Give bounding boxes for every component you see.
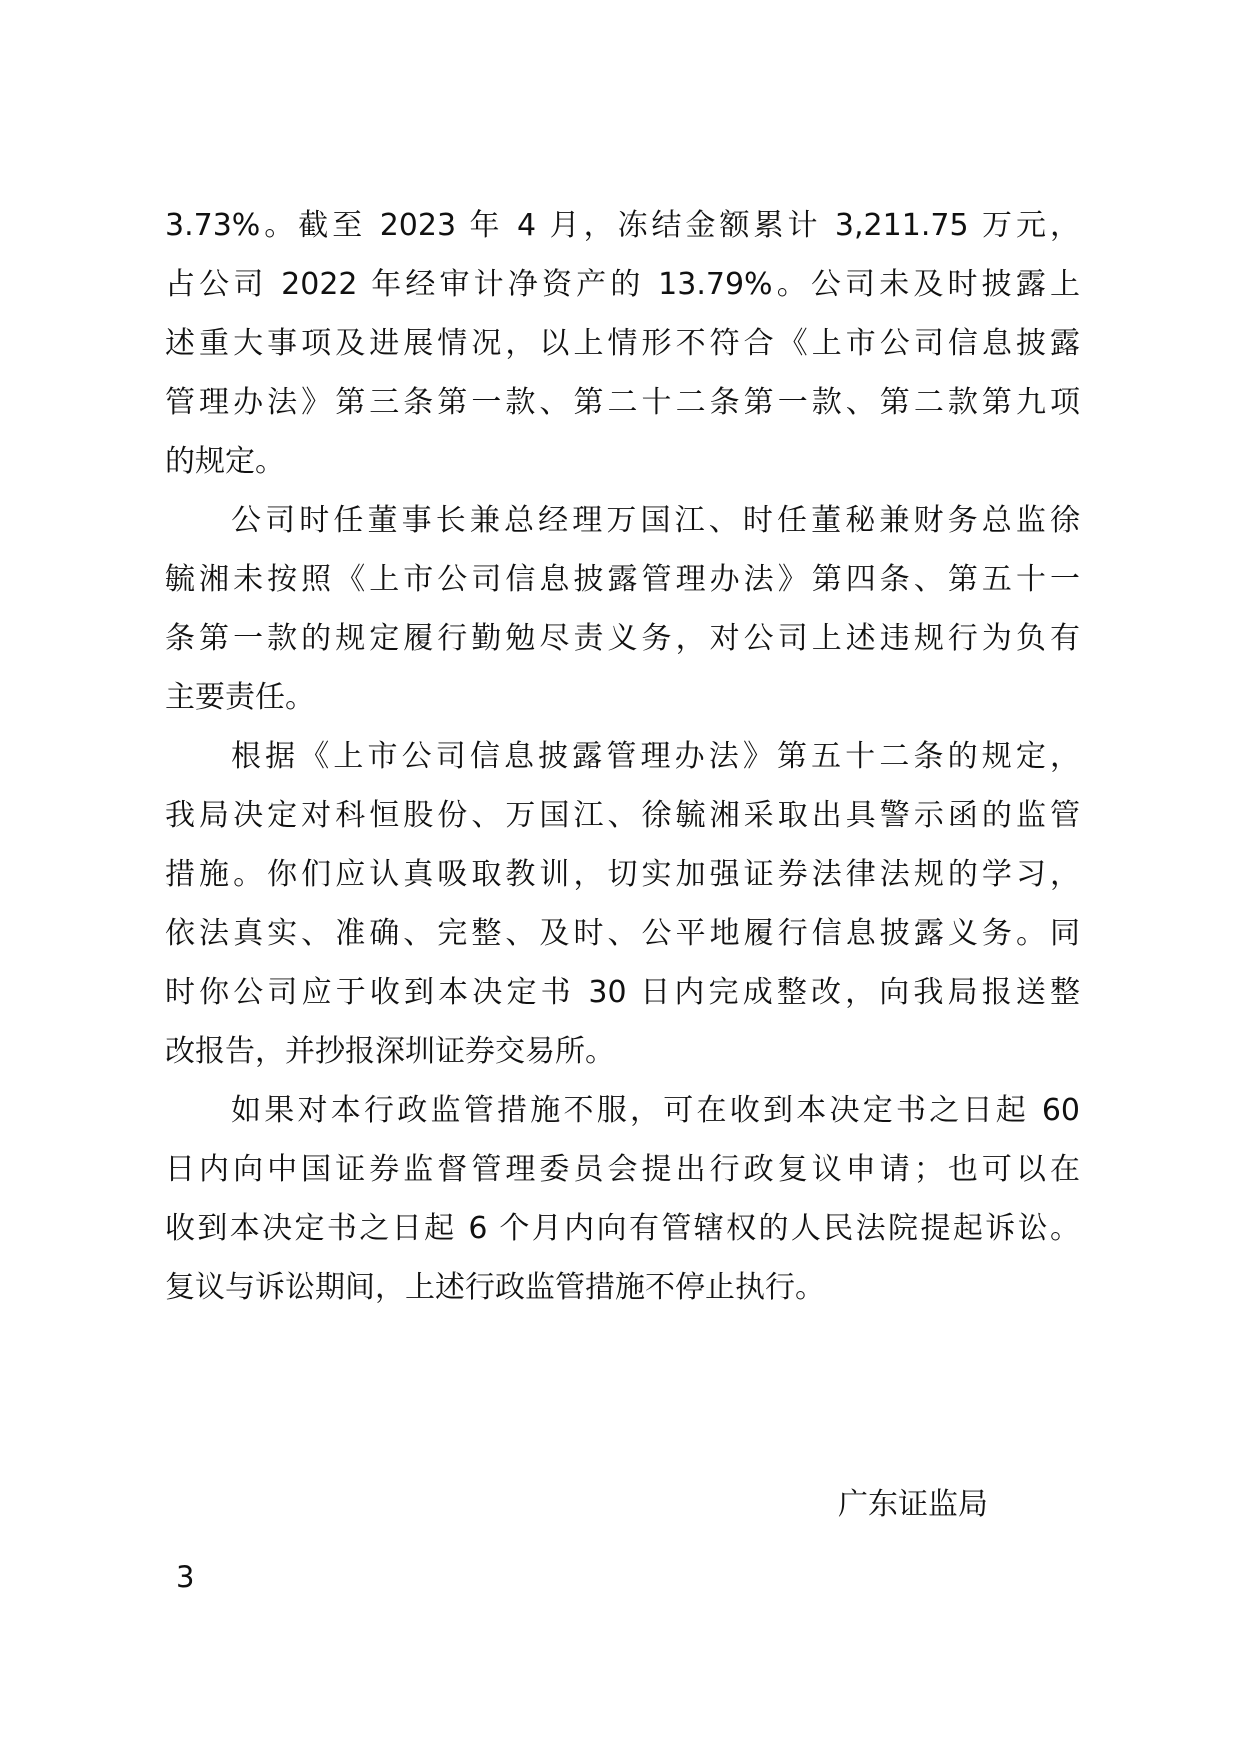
page-number: 3	[176, 1556, 194, 1598]
paragraph-1-line-3: 述重大事项及进展情况，以上情形不符合《上市公司信息披露	[165, 314, 1080, 373]
issuer-signature: 广东证监局	[838, 1484, 988, 1526]
document-page: 3.73%。截至 2023 年 4 月，冻结金额累计 3,211.75 万元， …	[0, 0, 1241, 1754]
paragraph-3-line-4: 依法真实、准确、完整、及时、公平地履行信息披露义务。同	[165, 904, 1080, 963]
paragraph-3-line-1: 根据《上市公司信息披露管理办法》第五十二条的规定，	[165, 727, 1080, 786]
document-body: 3.73%。截至 2023 年 4 月，冻结金额累计 3,211.75 万元， …	[165, 196, 1080, 1317]
paragraph-4-line-2: 日内向中国证券监督管理委员会提出行政复议申请；也可以在	[165, 1140, 1080, 1199]
paragraph-2-line-1: 公司时任董事长兼总经理万国江、时任董秘兼财务总监徐	[165, 491, 1080, 550]
paragraph-1-line-4: 管理办法》第三条第一款、第二十二条第一款、第二款第九项	[165, 373, 1080, 432]
paragraph-3-line-6: 改报告，并抄报深圳证券交易所。	[165, 1022, 1080, 1081]
paragraph-2-line-3: 条第一款的规定履行勤勉尽责义务，对公司上述违规行为负有	[165, 609, 1080, 668]
paragraph-1-line-2: 占公司 2022 年经审计净资产的 13.79%。公司未及时披露上	[165, 255, 1080, 314]
paragraph-1-line-1: 3.73%。截至 2023 年 4 月，冻结金额累计 3,211.75 万元，	[165, 196, 1080, 255]
paragraph-3-line-2: 我局决定对科恒股份、万国江、徐毓湘采取出具警示函的监管	[165, 786, 1080, 845]
paragraph-4-line-1: 如果对本行政监管措施不服，可在收到本决定书之日起 60	[165, 1081, 1080, 1140]
paragraph-2-line-4: 主要责任。	[165, 668, 1080, 727]
paragraph-3-line-5: 时你公司应于收到本决定书 30 日内完成整改，向我局报送整	[165, 963, 1080, 1022]
paragraph-4-line-4: 复议与诉讼期间，上述行政监管措施不停止执行。	[165, 1258, 1080, 1317]
paragraph-4-line-3: 收到本决定书之日起 6 个月内向有管辖权的人民法院提起诉讼。	[165, 1199, 1080, 1258]
paragraph-3-line-3: 措施。你们应认真吸取教训，切实加强证券法律法规的学习，	[165, 845, 1080, 904]
paragraph-2-line-2: 毓湘未按照《上市公司信息披露管理办法》第四条、第五十一	[165, 550, 1080, 609]
paragraph-1-line-5: 的规定。	[165, 432, 1080, 491]
